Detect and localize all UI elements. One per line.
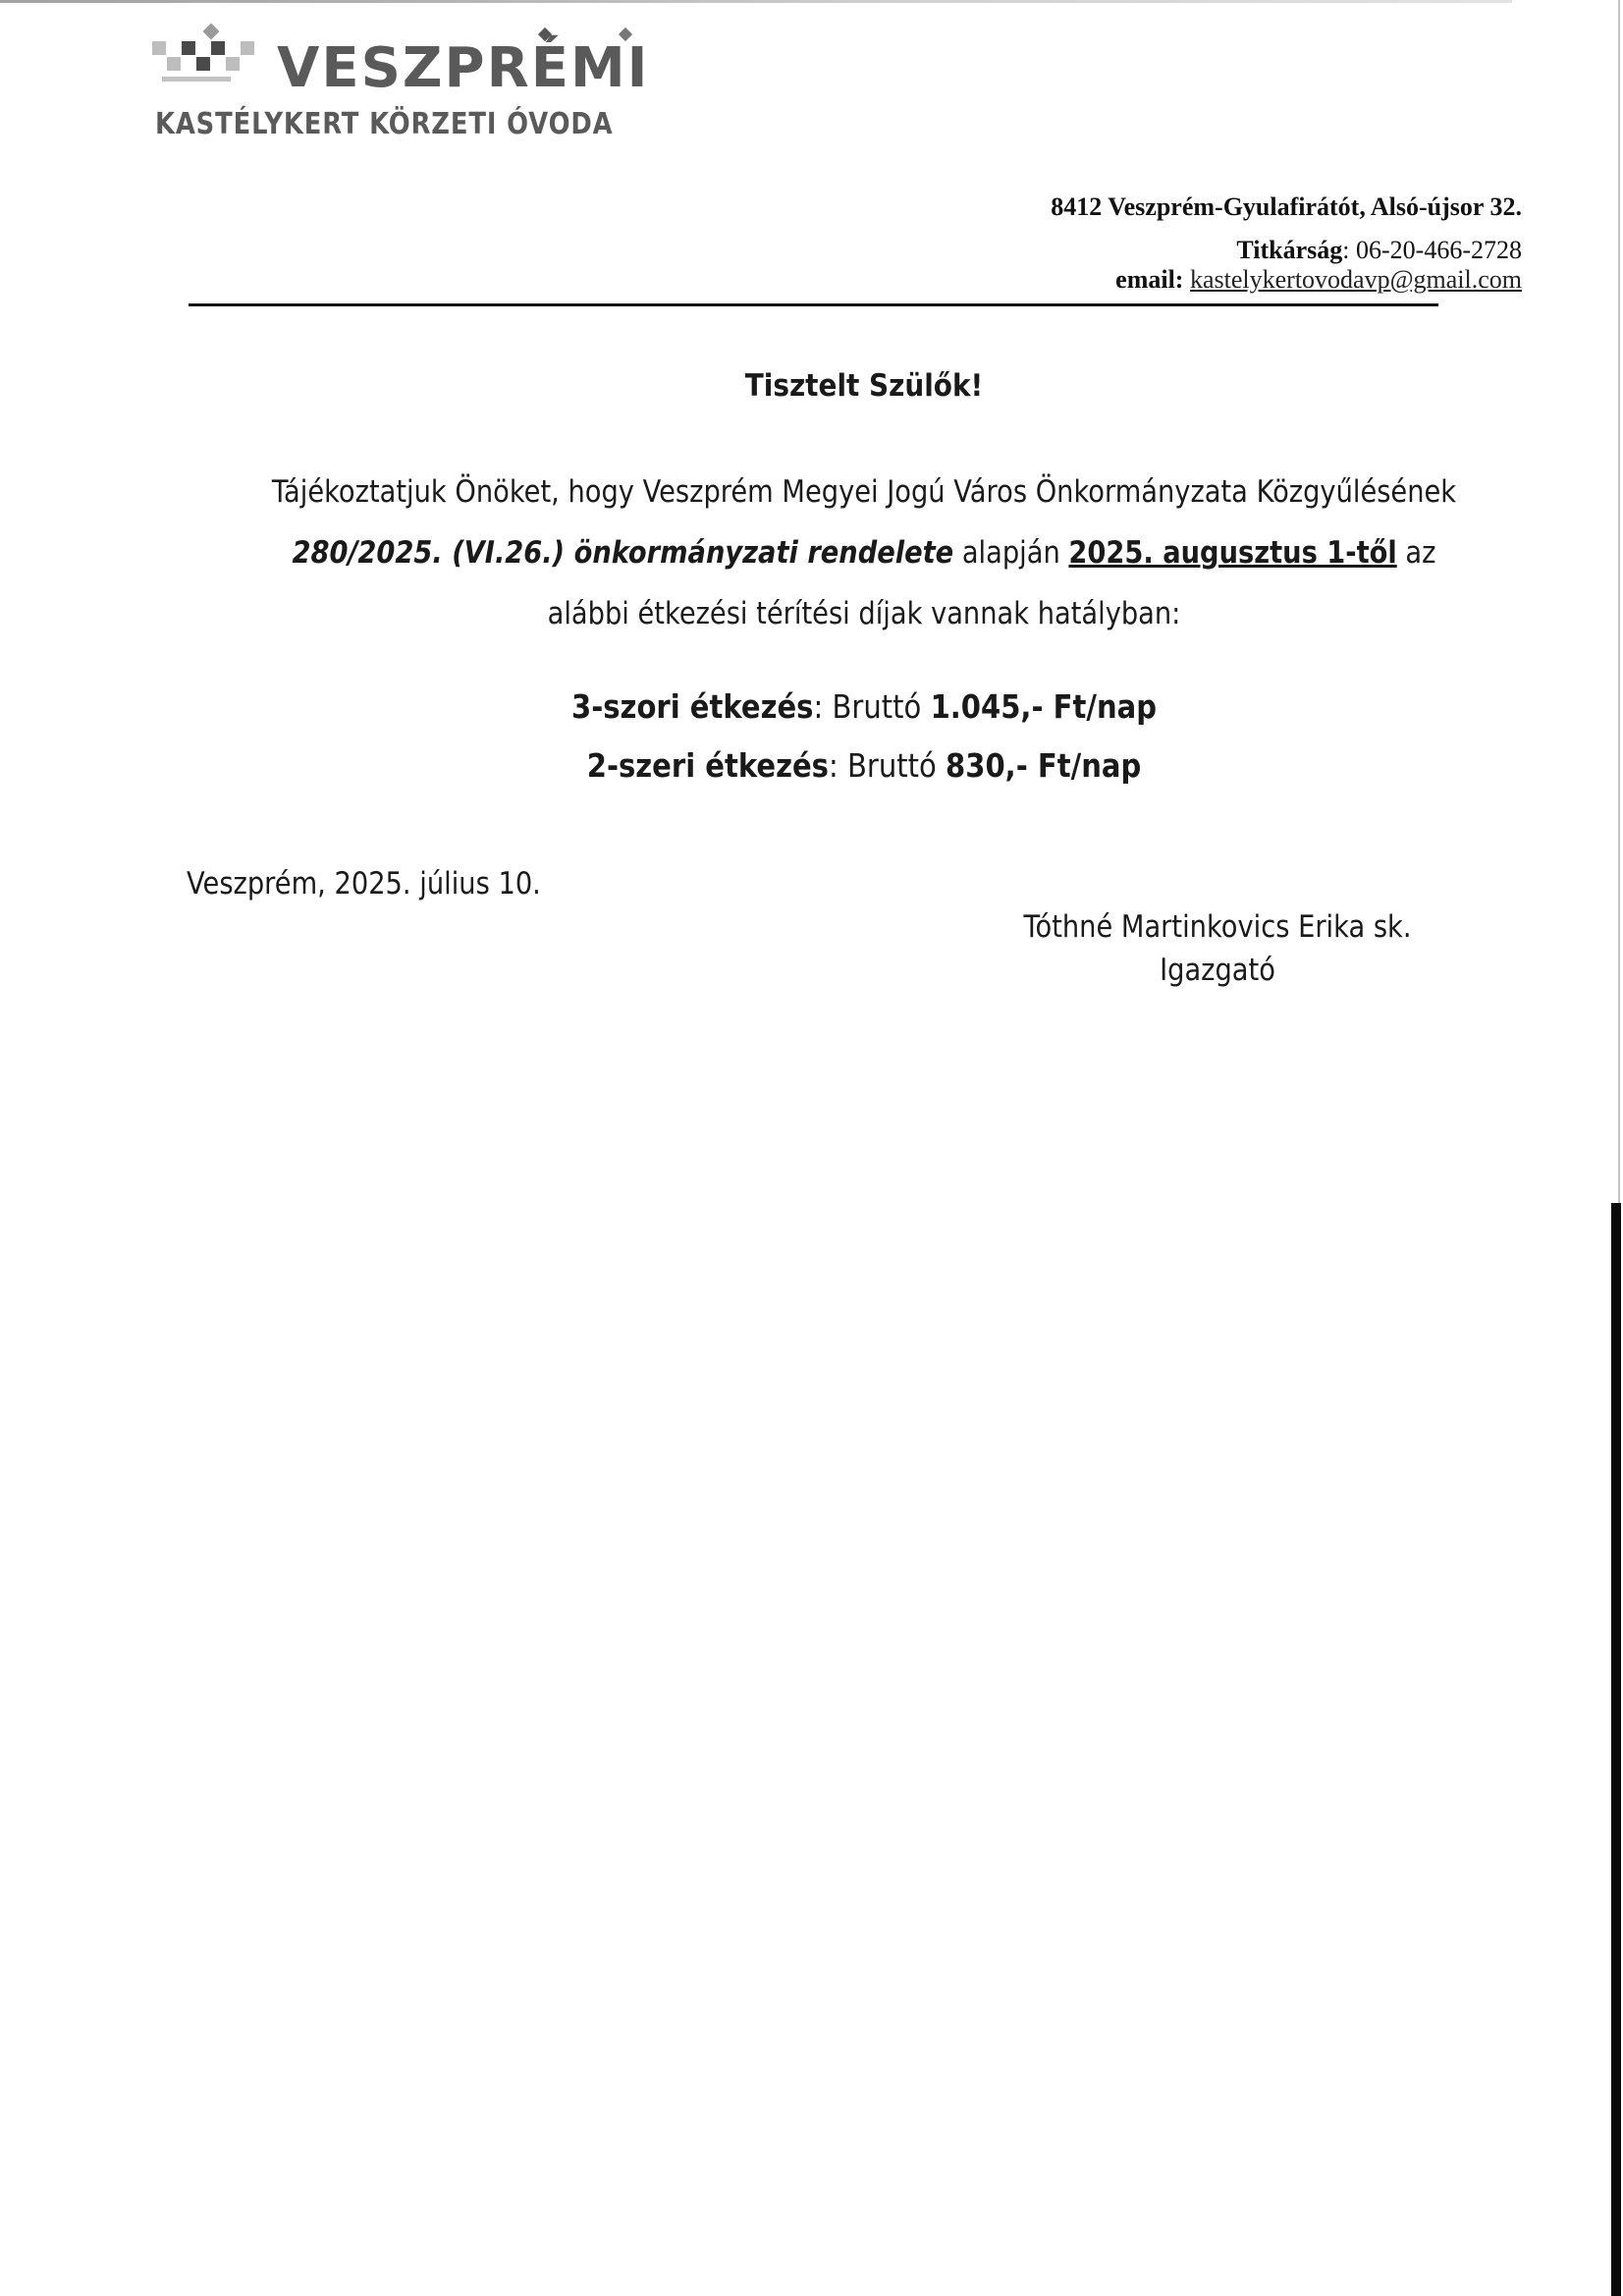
logo-subtitle: KASTÉLYKERT KÖRZETI ÓVODA: [155, 110, 613, 139]
header-divider: [189, 303, 1438, 306]
place-and-date: Veszprém, 2025. július 10.: [187, 866, 541, 902]
signatory-name: Tóthné Martinkovics Erika sk.: [976, 905, 1460, 949]
signatory-title: Igazgató: [976, 949, 1460, 992]
basis-word: alapján: [962, 535, 1060, 571]
gross-label: Bruttó: [833, 687, 922, 726]
postal-address: 8412 Veszprém-Gyulafirátót, Alsó-újsor 3…: [1051, 192, 1522, 222]
phone-line: Titkárság: 06-20-466-2728: [1051, 236, 1522, 265]
greeting: Tisztelt Szülők!: [254, 368, 1474, 404]
decree-reference: 280/2025. (VI.26.) önkormányzati rendele…: [293, 535, 954, 571]
fee-amount: 1.045,- Ft/nap: [931, 687, 1157, 726]
effective-date: 2025. augusztus 1-től: [1068, 535, 1396, 571]
signature-block: Tóthné Martinkovics Erika sk. Igazgató: [976, 905, 1460, 992]
phone-label: Titkárság: [1236, 236, 1342, 264]
fee-label: 2-szeri étkezés: [587, 746, 829, 785]
intro-paragraph: Tájékoztatjuk Önöket, hogy Veszprém Megy…: [268, 462, 1460, 644]
scan-edge-right-dark: [1611, 1203, 1621, 2296]
fee-label: 3-szori étkezés: [571, 687, 813, 726]
scan-edge-top: [0, 0, 1512, 3]
intro-line-2: 280/2025. (VI.26.) önkormányzati rendele…: [268, 522, 1460, 583]
fee-item: 2-szeri étkezés: Bruttó 830,- Ft/nap: [268, 737, 1460, 795]
email-label: email:: [1115, 265, 1183, 294]
fee-list: 3-szori étkezés: Bruttó 1.045,- Ft/nap 2…: [268, 678, 1460, 795]
email-link[interactable]: kastelykertovodavp@gmail.com: [1190, 265, 1522, 294]
school-logo: VESZPRÉMI KASTÉLYKERT KÖRZETI ÓVODA: [152, 22, 663, 139]
fee-item: 3-szori étkezés: Bruttó 1.045,- Ft/nap: [268, 678, 1460, 737]
crown-checker-icon: [152, 22, 260, 81]
scan-edge-right: [1618, 0, 1620, 1203]
intro-line-1: Tájékoztatjuk Önöket, hogy Veszprém Megy…: [268, 462, 1460, 522]
phone-number: 06-20-466-2728: [1356, 236, 1522, 264]
document-page: VESZPRÉMI KASTÉLYKERT KÖRZETI ÓVODA 8412…: [0, 0, 1623, 2296]
intro-line-3: alábbi étkezési térítési díjak vannak ha…: [268, 583, 1460, 644]
logo-title: VESZPRÉMI: [277, 41, 650, 96]
email-line: email: kastelykertovodavp@gmail.com: [1051, 265, 1522, 295]
after-date-word: az: [1405, 535, 1435, 571]
contact-block: 8412 Veszprém-Gyulafirátót, Alsó-újsor 3…: [1051, 192, 1522, 295]
fee-amount: 830,- Ft/nap: [946, 746, 1141, 785]
gross-label: Bruttó: [847, 746, 937, 785]
